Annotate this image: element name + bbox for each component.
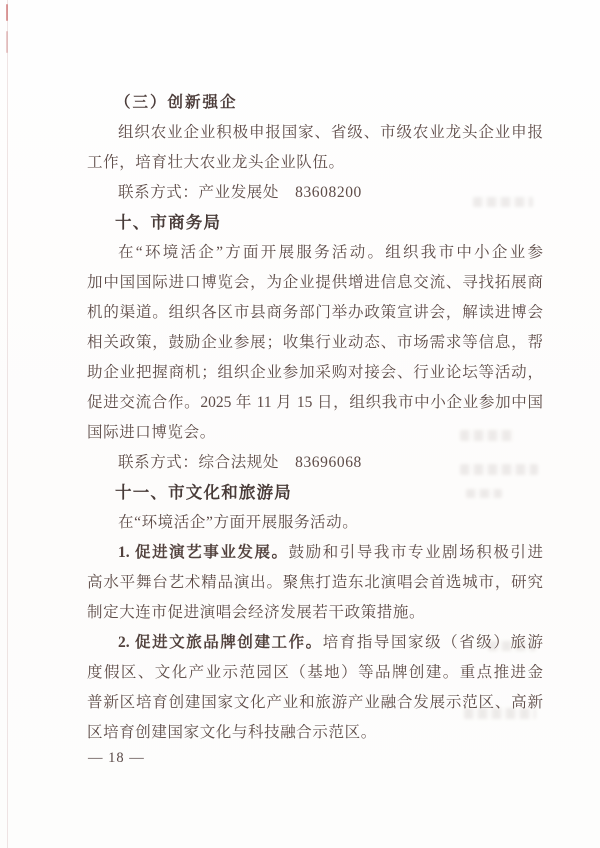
text-line: 加中国国际进口博览会，为企业提供增进信息交流、寻找拓展商 [87, 268, 543, 298]
ink-bleed-smudge [488, 641, 536, 651]
item-1-emphasis: 1. 促进演艺事业发展。 [118, 544, 289, 561]
text-line: 相关政策，鼓励企业参展；收集行业动态、市场需求等信息，帮 [87, 328, 543, 358]
ink-bleed-smudge [466, 489, 502, 498]
subsection-heading-innovation: （三）创新强企 [87, 88, 543, 118]
item-2-emphasis: 2. 促进文旅品牌创建工作。 [118, 634, 323, 651]
ink-bleed-smudge [460, 430, 514, 441]
ink-bleed-smudge [473, 197, 533, 207]
text-line: 助企业把握商机；组织企业参加采购对接会、行业论坛等活动， [87, 358, 543, 388]
text-line: 促进交流合作。2025 年 11 月 15 日，组织我市中小企业参加中国 [87, 388, 543, 418]
scanned-document-page: （三）创新强企 组织农业企业积极申报国家、省级、市级农业龙头企业申报 工作，培育… [0, 0, 600, 848]
text-line-item-1: 1. 促进演艺事业发展。鼓励和引导我市专业剧场积极引进 [87, 538, 543, 568]
text-line: 度假区、文化产业示范园区（基地）等品牌创建。重点推进金 [87, 658, 543, 688]
ink-bleed-smudge [464, 708, 536, 719]
section-heading-commerce-bureau: 十、市商务局 [87, 208, 543, 238]
text-line-item-2: 2. 促进文旅品牌创建工作。培育指导国家级（省级）旅游 [87, 628, 543, 658]
document-body: （三）创新强企 组织农业企业积极申报国家、省级、市级农业龙头企业申报 工作，培育… [87, 88, 543, 748]
text-line: 高水平舞台艺术精品演出。聚焦打造东北演唱会首选城市，研究 [87, 568, 543, 598]
text-line: 工作，培育壮大农业龙头企业队伍。 [87, 148, 543, 178]
text-line: 制定大连市促进演唱会经济发展若干政策措施。 [87, 598, 543, 628]
ink-bleed-smudge [460, 464, 538, 475]
text-line: 组织农业企业积极申报国家、省级、市级农业龙头企业申报 [87, 118, 543, 148]
text-line: 在“环境活企”方面开展服务活动。组织我市中小企业参 [87, 238, 543, 268]
text-line: 机的渠道。组织各区市县商务部门举办政策宣讲会，解读进博会 [87, 298, 543, 328]
text-line: 在“环境活企”方面开展服务活动。 [87, 508, 543, 538]
scan-edge-red-mark-top [6, 4, 8, 21]
text-line: 区培育创建国家文化与科技融合示范区。 [87, 718, 543, 748]
page-number: — 18 — [88, 750, 145, 767]
scan-edge-line [7, 0, 8, 848]
item-1-rest: 鼓励和引导我市专业剧场积极引进 [289, 544, 543, 561]
scan-edge-red-mark-second [6, 31, 8, 53]
